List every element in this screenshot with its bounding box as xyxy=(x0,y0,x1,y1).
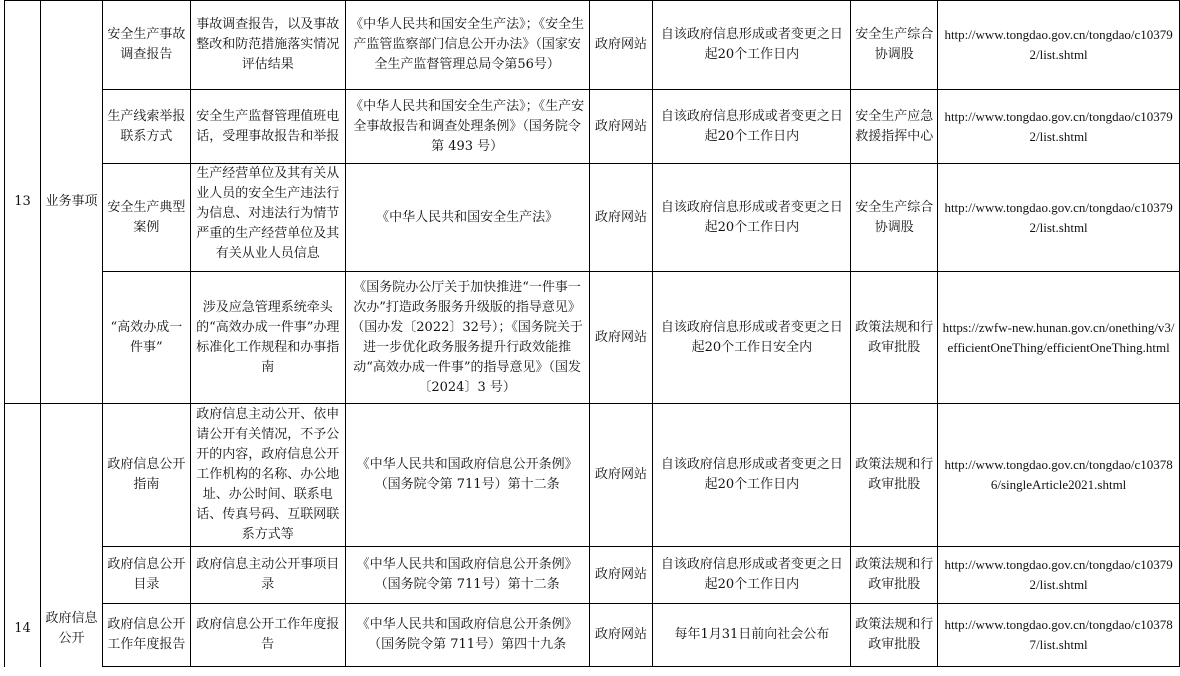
item-time-limit: 自该政府信息形成或者变更之日起20个工作日安全内 xyxy=(653,272,851,404)
item-basis: 《中华人民共和国政府信息公开条例》（国务院令第 711号）第十二条 xyxy=(345,404,589,547)
item-time-limit: 自该政府信息形成或者变更之日起20个工作日内 xyxy=(653,164,851,272)
item-department: 安全生产综合协调股 xyxy=(851,1,938,90)
disclosure-table: 13 业务事项 安全生产事故调查报告 事故调查报告，以及事故整改和防范措施落实情… xyxy=(4,0,1180,667)
item-channel: 政府网站 xyxy=(589,547,653,604)
item-url-link[interactable]: http://www.tongdao.gov.cn/tongdao/c10379… xyxy=(938,1,1180,90)
item-content: 涉及应急管理系统牵头的“高效办成一件事”办理标准化工作规程和办事指南 xyxy=(190,272,345,404)
item-department: 政策法规和行政审批股 xyxy=(851,604,938,667)
item-name: 政府信息公开指南 xyxy=(102,404,190,547)
table-row: 13 业务事项 安全生产事故调查报告 事故调查报告，以及事故整改和防范措施落实情… xyxy=(5,1,1180,90)
item-time-limit: 自该政府信息形成或者变更之日起20个工作日内 xyxy=(653,90,851,164)
table-row: 政府信息公开目录 政府信息主动公开事项目录 《中华人民共和国政府信息公开条例》（… xyxy=(5,547,1180,604)
item-channel: 政府网站 xyxy=(589,164,653,272)
item-content: 政府信息公开工作年度报告 xyxy=(190,604,345,667)
table-row: 生产线索举报联系方式 安全生产监督管理值班电话，受理事故报告和举报 《中华人民共… xyxy=(5,90,1180,164)
item-department: 安全生产应急救援指挥中心 xyxy=(851,90,938,164)
group-number: 13 xyxy=(5,1,41,404)
item-content: 政府信息主动公开、依申请公开有关情况，不予公开的内容，政府信息公开工作机构的名称… xyxy=(190,404,345,547)
item-url-link[interactable]: http://www.tongdao.gov.cn/tongdao/c10378… xyxy=(938,604,1180,667)
group-category: 业务事项 xyxy=(40,1,102,404)
item-name: 政府信息公开工作年度报告 xyxy=(102,604,190,667)
item-url-link[interactable]: http://www.tongdao.gov.cn/tongdao/c10378… xyxy=(938,404,1180,547)
item-url-link[interactable]: https://zwfw-new.hunan.gov.cn/onething/v… xyxy=(938,272,1180,404)
group-number: 14 xyxy=(5,404,41,667)
item-name: “高效办成一件事” xyxy=(102,272,190,404)
item-url-link[interactable]: http://www.tongdao.gov.cn/tongdao/c10379… xyxy=(938,90,1180,164)
item-content: 生产经营单位及其有关从业人员的安全生产违法行为信息、对违法行为情节严重的生产经营… xyxy=(190,164,345,272)
item-department: 安全生产综合协调股 xyxy=(851,164,938,272)
item-content: 安全生产监督管理值班电话，受理事故报告和举报 xyxy=(190,90,345,164)
item-department: 政策法规和行政审批股 xyxy=(851,404,938,547)
item-channel: 政府网站 xyxy=(589,1,653,90)
item-name: 生产线索举报联系方式 xyxy=(102,90,190,164)
item-url-link[interactable]: http://www.tongdao.gov.cn/tongdao/c10379… xyxy=(938,547,1180,604)
item-basis-text: 《国务院办公厅关于加快推进“一件事一次办”打造政务服务升级版的指导意见》（国办发… xyxy=(349,278,586,398)
item-name: 安全生产典型案例 xyxy=(102,164,190,272)
table-row: “高效办成一件事” 涉及应急管理系统牵头的“高效办成一件事”办理标准化工作规程和… xyxy=(5,272,1180,404)
item-time-limit: 自该政府信息形成或者变更之日起20个工作日内 xyxy=(653,547,851,604)
item-basis: 《国务院办公厅关于加快推进“一件事一次办”打造政务服务升级版的指导意见》（国办发… xyxy=(345,272,589,404)
item-basis: 《中华人民共和国安全生产法》；《安全生产监管监察部门信息公开办法》（国家安全生产… xyxy=(345,1,589,90)
group-category: 政府信息公开 xyxy=(40,404,102,667)
table-row: 14 政府信息公开 政府信息公开指南 政府信息主动公开、依申请公开有关情况，不予… xyxy=(5,404,1180,547)
item-content: 政府信息主动公开事项目录 xyxy=(190,547,345,604)
item-basis: 《中华人民共和国安全生产法》；《生产安全事故报告和调查处理条例》（国务院令第 4… xyxy=(345,90,589,164)
item-basis: 《中华人民共和国安全生产法》 xyxy=(345,164,589,272)
item-content: 事故调查报告，以及事故整改和防范措施落实情况评估结果 xyxy=(190,1,345,90)
item-channel: 政府网站 xyxy=(589,604,653,667)
table-row: 安全生产典型案例 生产经营单位及其有关从业人员的安全生产违法行为信息、对违法行为… xyxy=(5,164,1180,272)
item-time-limit: 自该政府信息形成或者变更之日起20个工作日内 xyxy=(653,1,851,90)
item-name: 政府信息公开目录 xyxy=(102,547,190,604)
item-name: 安全生产事故调查报告 xyxy=(102,1,190,90)
item-basis: 《中华人民共和国政府信息公开条例》（国务院令第 711号）第十二条 xyxy=(345,547,589,604)
item-time-limit: 自该政府信息形成或者变更之日起20个工作日内 xyxy=(653,404,851,547)
item-department: 政策法规和行政审批股 xyxy=(851,547,938,604)
item-channel: 政府网站 xyxy=(589,404,653,547)
item-url-link[interactable]: http://www.tongdao.gov.cn/tongdao/c10379… xyxy=(938,164,1180,272)
item-basis: 《中华人民共和国政府信息公开条例》（国务院令第 711号）第四十九条 xyxy=(345,604,589,667)
item-channel: 政府网站 xyxy=(589,272,653,404)
item-channel: 政府网站 xyxy=(589,90,653,164)
item-time-limit: 每年1月31日前向社会公布 xyxy=(653,604,851,667)
item-content-text: 生产经营单位及其有关从业人员的安全生产违法行为信息、对违法行为情节严重的生产经营… xyxy=(194,164,342,271)
item-department: 政策法规和行政审批股 xyxy=(851,272,938,404)
table-row: 政府信息公开工作年度报告 政府信息公开工作年度报告 《中华人民共和国政府信息公开… xyxy=(5,604,1180,667)
